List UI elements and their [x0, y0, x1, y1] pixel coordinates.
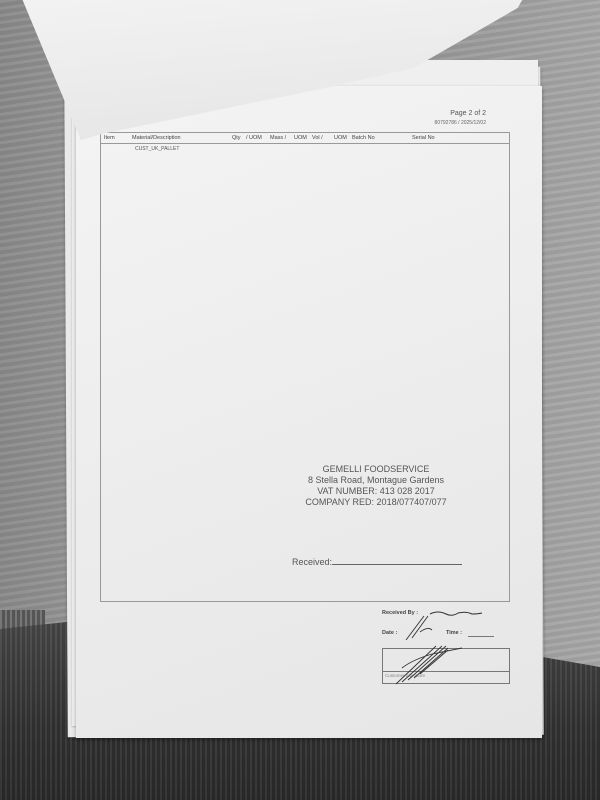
company-stamp: GEMELLI FOODSERVICE 8 Stella Road, Monta… — [276, 464, 476, 508]
col-qty: Qty — [232, 135, 246, 141]
received-label: Received: — [292, 557, 332, 567]
signoff-area: Received By : Date : Time : Customer Sig… — [382, 608, 512, 688]
page-number: Page 2 of 2 — [450, 110, 486, 117]
handwritten-signature — [382, 608, 512, 688]
company-vat: VAT NUMBER: 413 028 2017 — [276, 486, 476, 497]
col-description: Material/Description — [132, 135, 232, 141]
col-uom-1: / UOM — [246, 135, 270, 141]
col-vol: Vol / — [312, 135, 334, 141]
col-serial: Serial No — [412, 135, 435, 141]
col-uom-3: UOM — [334, 135, 352, 141]
company-address: 8 Stella Road, Montague Gardens — [276, 475, 476, 486]
items-table: Item Material/Description Qty / UOM Mass… — [100, 132, 510, 602]
col-mass: Mass / — [270, 135, 294, 141]
received-field: Received: — [292, 556, 462, 567]
col-uom-2: UOM — [294, 135, 312, 141]
company-name: GEMELLI FOODSERVICE — [276, 464, 476, 475]
table-row: CUST_UK_PALLET — [135, 146, 179, 152]
col-batch: Batch No — [352, 135, 412, 141]
col-item: Item — [104, 135, 132, 141]
table-header: Item Material/Description Qty / UOM Mass… — [101, 133, 509, 144]
company-reg: COMPANY RED: 2018/077407/077 — [276, 497, 476, 508]
document-reference: 80792786 / 2025/12/02 — [435, 120, 486, 126]
delivery-note-page: Page 2 of 2 80792786 / 2025/12/02 Item M… — [76, 86, 542, 738]
